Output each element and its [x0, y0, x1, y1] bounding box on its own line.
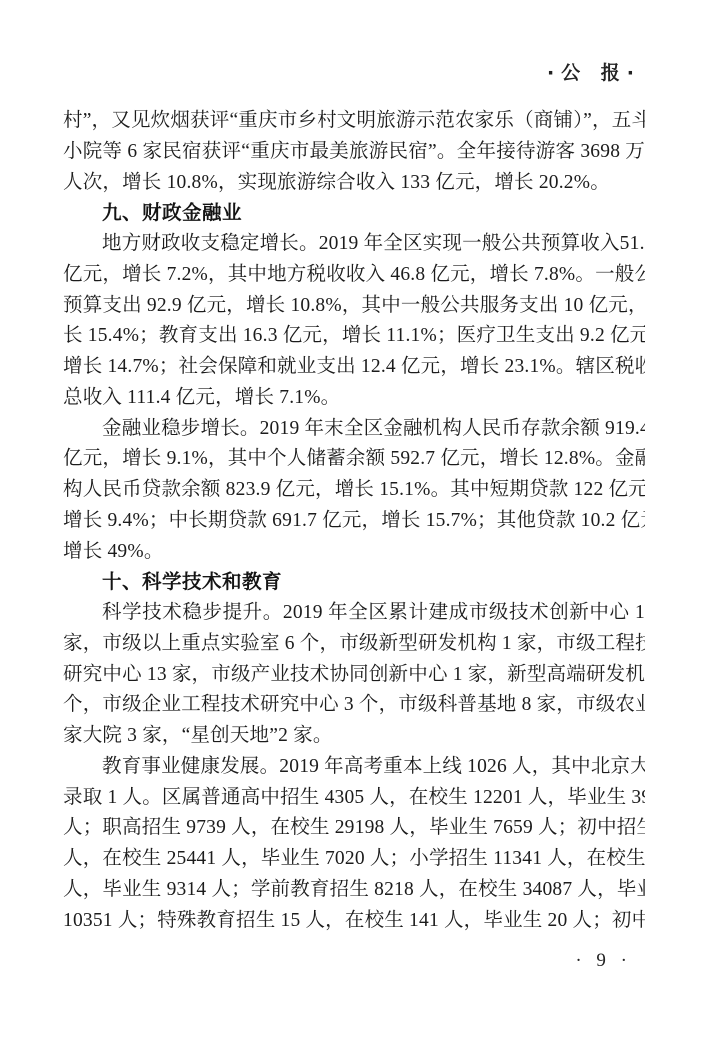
body-line: 地方财政收支稳定增长。2019 年全区实现一般公共预算收入51.6: [63, 229, 645, 260]
body-line: 科学技术稳步提升。2019 年全区累计建成市级技术创新中心 1: [63, 598, 645, 629]
body-line: 人；职高招生 9739 人，在校生 29198 人，毕业生 7659 人；初中招…: [63, 813, 645, 844]
body-line: 增长 14.7%；社会保障和就业支出 12.4 亿元，增长 23.1%。辖区税收: [63, 352, 645, 383]
body-line: 人，毕业生 9314 人；学前教育招生 8218 人，在校生 34087 人，毕…: [63, 875, 645, 906]
body-line: 村”，又见炊烟获评“重庆市乡村文明旅游示范农家乐（商铺）”，五斗丘: [63, 106, 645, 137]
body-line: 长 15.4%；教育支出 16.3 亿元，增长 11.1%；医疗卫生支出 9.2…: [63, 321, 645, 352]
section-heading-science-education: 十、科学技术和教育: [63, 567, 645, 598]
body-line: 教育事业健康发展。2019 年高考重本上线 1026 人，其中北京大学: [63, 752, 645, 783]
body-line: 亿元，增长 9.1%，其中个人储蓄余额 592.7 亿元，增长 12.8%。金融…: [63, 444, 645, 475]
body-line: 增长 9.4%；中长期贷款 691.7 亿元，增长 15.7%；其他贷款 10.…: [63, 506, 645, 537]
body-line: 家，市级以上重点实验室 6 个，市级新型研发机构 1 家，市级工程技术: [63, 629, 645, 660]
body-line: 人，在校生 25441 人，毕业生 7020 人；小学招生 11341 人，在校…: [63, 844, 645, 875]
running-header: ·公 报·: [63, 58, 641, 85]
body-line: 增长 49%。: [63, 537, 645, 568]
body-line: 10351 人；特殊教育招生 15 人，在校生 141 人，毕业生 20 人；初…: [63, 906, 645, 937]
body-line: 录取 1 人。区属普通高中招生 4305 人，在校生 12201 人，毕业生 3…: [63, 783, 645, 814]
body-line: 研究中心 13 家，市级产业技术协同创新中心 1 家，新型高端研发机构 1: [63, 660, 645, 691]
body-line: 金融业稳步增长。2019 年末全区金融机构人民币存款余额 919.4: [63, 414, 645, 445]
body-line: 人次，增长 10.8%，实现旅游综合收入 133 亿元，增长 20.2%。: [63, 168, 645, 199]
body-line: 亿元，增长 7.2%，其中地方税收收入 46.8 亿元，增长 7.8%。一般公共: [63, 260, 645, 291]
document-body: 村”，又见炊烟获评“重庆市乡村文明旅游示范农家乐（商铺）”，五斗丘 小院等 6 …: [63, 106, 645, 936]
body-line: 个，市级企业工程技术研究中心 3 个，市级科普基地 8 家，市级农业专: [63, 690, 645, 721]
body-line: 总收入 111.4 亿元，增长 7.1%。: [63, 383, 645, 414]
page-number: · 9 ·: [575, 950, 632, 972]
body-line: 预算支出 92.9 亿元，增长 10.8%，其中一般公共服务支出 10 亿元，增: [63, 291, 645, 322]
body-line: 构人民币贷款余额 823.9 亿元，增长 15.1%。其中短期贷款 122 亿元…: [63, 475, 645, 506]
body-line: 小院等 6 家民宿获评“重庆市最美旅游民宿”。全年接待游客 3698 万: [63, 137, 645, 168]
section-heading-finance: 九、财政金融业: [63, 198, 645, 229]
document-page: ·公 报· 村”，又见炊烟获评“重庆市乡村文明旅游示范农家乐（商铺）”，五斗丘 …: [0, 0, 716, 1049]
body-line: 家大院 3 家，“星创天地”2 家。: [63, 721, 645, 752]
